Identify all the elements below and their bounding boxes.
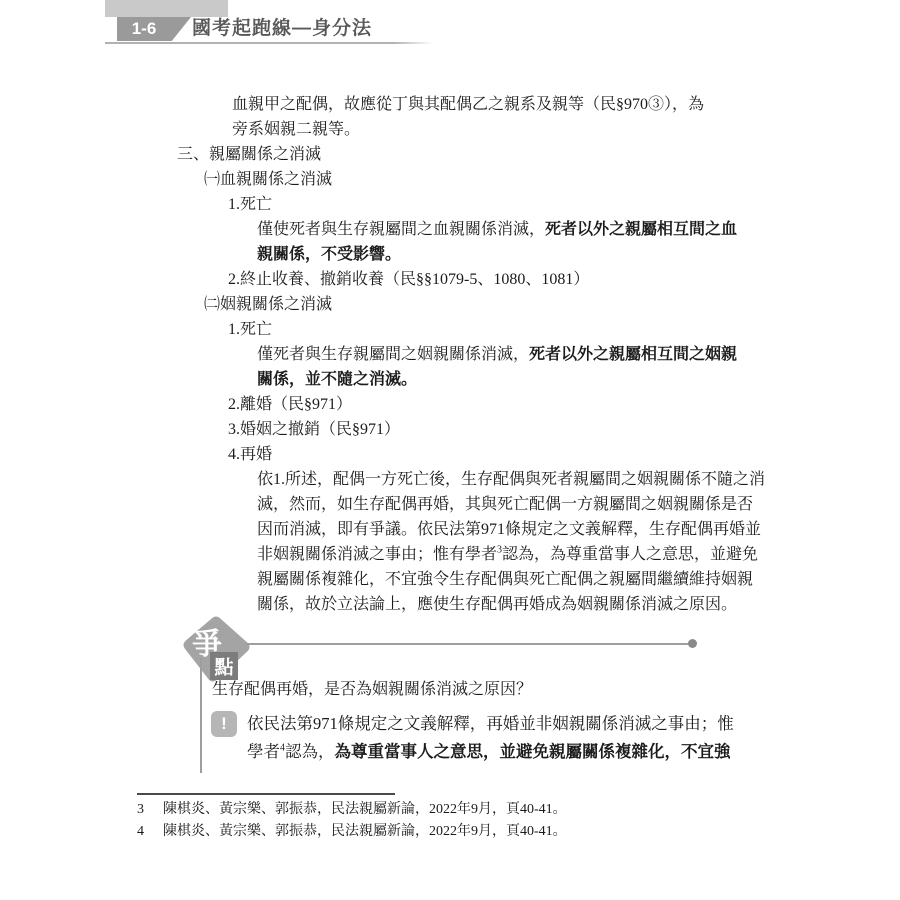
text-segment: 學者 bbox=[247, 742, 280, 761]
text-segment: 關係，並不隨之消滅。 bbox=[257, 371, 417, 388]
text-segment: 僅使死者與生存親屬間之血親關係消滅， bbox=[257, 221, 545, 238]
body-text-line: 1.死亡 bbox=[0, 192, 900, 217]
text-segment: 非姻親關係消滅之事由；惟有學者 bbox=[257, 546, 497, 563]
footnote-text: 陳棋炎、黃宗樂、郭振恭，民法親屬新論，2022年9月，頁40-41。 bbox=[163, 802, 567, 817]
body-text-line: 關係，故於立法論上，應使生存配偶再婚成為姻親關係消滅之原因。 bbox=[0, 592, 900, 617]
body-text-line: 因而消滅，即有爭議。依民法第971條規定之文義解釋，生存配偶再婚並 bbox=[0, 517, 900, 542]
textbook-page: { "header": { "page_label": "1-6", "book… bbox=[0, 0, 900, 900]
text-segment: 依民法第971條規定之文義解釋，再婚並非姻親關係消滅之事由；惟 bbox=[247, 714, 734, 733]
text-segment: 死者以外之親屬相互間之血 bbox=[545, 221, 737, 238]
page-number-tab: 1-6 bbox=[117, 17, 191, 41]
callout-horizontal-line bbox=[246, 643, 693, 645]
footnote: 4陳棋炎、黃宗樂、郭振恭，民法親屬新論，2022年9月，頁40-41。 bbox=[0, 821, 900, 843]
body-text-line: 2.終止收養、撤銷收養（民§§1079-5、1080、1081） bbox=[0, 267, 900, 292]
text-segment: 死者以外之親屬相互間之姻親 bbox=[529, 346, 737, 363]
body-text-line: 僅死者與生存親屬間之姻親關係消滅，死者以外之親屬相互間之姻親 bbox=[0, 342, 900, 367]
header-rule bbox=[105, 42, 433, 44]
footnote-separator bbox=[137, 793, 395, 795]
text-segment: ㈡姻親關係之消滅 bbox=[204, 296, 332, 313]
callout-answer-line: 依民法第971條規定之文義解釋，再婚並非姻親關係消滅之事由；惟 bbox=[0, 710, 900, 738]
body-text-line: 血親甲之配偶，故應從丁與其配偶乙之親系及親等（民§970③），為 bbox=[0, 92, 900, 117]
text-segment: 認為， bbox=[285, 742, 335, 761]
text-segment: 依1.所述，配偶一方死亡後，生存配偶與死者親屬間之姻親關係不隨之消 bbox=[257, 471, 765, 488]
body-text: 血親甲之配偶，故應從丁與其配偶乙之親系及親等（民§970③），為旁系姻親二親等。… bbox=[0, 92, 900, 617]
text-segment: 關係，故於立法論上，應使生存配偶再婚成為姻親關係消滅之原因。 bbox=[257, 596, 737, 613]
text-segment: 3.婚姻之撤銷（民§971） bbox=[228, 421, 400, 438]
text-segment: 2.離婚（民§971） bbox=[228, 396, 352, 413]
text-segment: 為尊重當事人之意思，並避免親屬關係複雜化，不宜強 bbox=[335, 742, 731, 761]
callout-question: 生存配偶再婚，是否為姻親關係消滅之原因？ bbox=[212, 679, 532, 701]
body-text-line: ㈠血親關係之消滅 bbox=[0, 167, 900, 192]
callout-answer-line: 學者4認為，為尊重當事人之意思，並避免親屬關係複雜化，不宜強 bbox=[0, 738, 900, 766]
body-text-line: 關係，並不隨之消滅。 bbox=[0, 367, 900, 392]
book-title: 國考起跑線—身分法 bbox=[192, 18, 372, 40]
body-text-line: 4.再婚 bbox=[0, 442, 900, 467]
body-text-line: ㈡姻親關係之消滅 bbox=[0, 292, 900, 317]
body-text-line: 非姻親關係消滅之事由；惟有學者3認為，為尊重當事人之意思，並避免 bbox=[0, 542, 900, 567]
body-text-line: 僅使死者與生存親屬間之血親關係消滅，死者以外之親屬相互間之血 bbox=[0, 217, 900, 242]
body-text-line: 1.死亡 bbox=[0, 317, 900, 342]
body-text-line: 依1.所述，配偶一方死亡後，生存配偶與死者親屬間之姻親關係不隨之消 bbox=[0, 467, 900, 492]
text-segment: 親屬關係複雜化，不宜強令生存配偶與死亡配偶之親屬間繼續維持姻親 bbox=[257, 571, 753, 588]
footnote-number: 4 bbox=[137, 821, 163, 843]
footnote-number: 3 bbox=[137, 799, 163, 821]
text-segment: 滅，然而，如生存配偶再婚，其與死亡配偶一方親屬間之姻親關係是否 bbox=[257, 496, 753, 513]
body-text-line: 滅，然而，如生存配偶再婚，其與死亡配偶一方親屬間之姻親關係是否 bbox=[0, 492, 900, 517]
body-text-line: 3.婚姻之撤銷（民§971） bbox=[0, 417, 900, 442]
text-segment: 僅死者與生存親屬間之姻親關係消滅， bbox=[257, 346, 529, 363]
text-segment: 血親甲之配偶，故應從丁與其配偶乙之親系及親等（民§970③），為 bbox=[232, 96, 704, 113]
text-segment: 旁系姻親二親等。 bbox=[232, 121, 360, 138]
header-tab-backdrop bbox=[105, 0, 228, 17]
body-text-line: 三、親屬關係之消滅 bbox=[0, 142, 900, 167]
body-text-line: 親屬關係複雜化，不宜強令生存配偶與死亡配偶之親屬間繼續維持姻親 bbox=[0, 567, 900, 592]
text-segment: 認為，為尊重當事人之意思，並避免 bbox=[502, 546, 758, 563]
footnote-text: 陳棋炎、黃宗樂、郭振恭，民法親屬新論，2022年9月，頁40-41。 bbox=[163, 824, 567, 839]
text-segment: 因而消滅，即有爭議。依民法第971條規定之文義解釋，生存配偶再婚並 bbox=[257, 521, 761, 538]
text-segment: ㈠血親關係之消滅 bbox=[204, 171, 332, 188]
badge-sub-character: 點 bbox=[213, 656, 233, 679]
body-text-line: 旁系姻親二親等。 bbox=[0, 117, 900, 142]
text-segment: 4.再婚 bbox=[228, 446, 272, 463]
text-segment: 1.死亡 bbox=[228, 196, 272, 213]
text-segment: 親關係，不受影響。 bbox=[257, 246, 401, 263]
callout-line-end-dot bbox=[688, 639, 697, 648]
footnote-list: 3陳棋炎、黃宗樂、郭振恭，民法親屬新論，2022年9月，頁40-41。4陳棋炎、… bbox=[0, 799, 900, 843]
text-segment: 2.終止收養、撤銷收養（民§§1079-5、1080、1081） bbox=[228, 271, 589, 288]
footnote: 3陳棋炎、黃宗樂、郭振恭，民法親屬新論，2022年9月，頁40-41。 bbox=[0, 799, 900, 821]
page-number: 1-6 bbox=[132, 19, 157, 38]
body-text-line: 親關係，不受影響。 bbox=[0, 242, 900, 267]
body-text-line: 2.離婚（民§971） bbox=[0, 392, 900, 417]
text-segment: 三、親屬關係之消滅 bbox=[177, 146, 321, 163]
callout-answer: 依民法第971條規定之文義解釋，再婚並非姻親關係消滅之事由；惟學者4認為，為尊重… bbox=[0, 710, 900, 766]
text-segment: 1.死亡 bbox=[228, 321, 272, 338]
